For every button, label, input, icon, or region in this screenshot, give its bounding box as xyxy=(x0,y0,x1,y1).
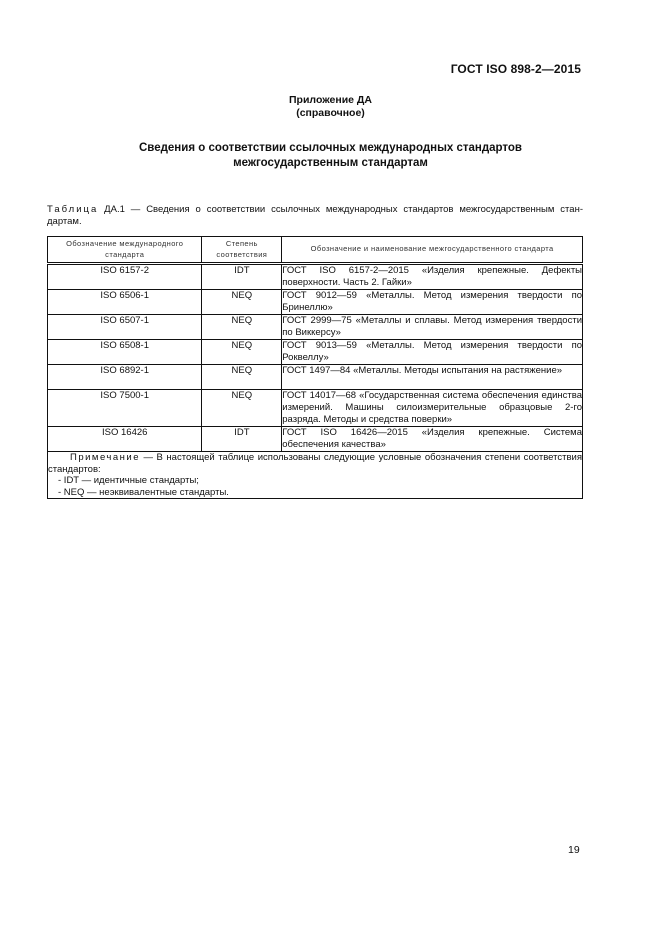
cell-intl: ISO 6892-1 xyxy=(48,365,202,390)
cell-degree: NEQ xyxy=(202,315,282,340)
standards-correspondence-table: Обозначение международного стандарта Сте… xyxy=(47,236,583,499)
table-header-row: Обозначение международного стандарта Сте… xyxy=(48,237,583,264)
table-note: Примечание — В настоящей таблице использ… xyxy=(48,452,583,499)
cell-national: ГОСТ 9013—59 «Металлы. Метод измерения т… xyxy=(282,340,583,365)
annex-subtitle: (справочное) xyxy=(0,107,661,120)
document-standard-id: ГОСТ ISO 898-2—2015 xyxy=(451,62,581,76)
cell-degree: NEQ xyxy=(202,365,282,390)
page-number: 19 xyxy=(568,844,580,856)
cell-degree: IDT xyxy=(202,427,282,452)
cell-intl: ISO 6508-1 xyxy=(48,340,202,365)
cell-intl: ISO 7500-1 xyxy=(48,390,202,427)
table-row: ISO 7500-1 NEQ ГОСТ 14017—68 «Государств… xyxy=(48,390,583,427)
cell-national: ГОСТ 1497—84 «Металлы. Методы испытания … xyxy=(282,365,583,390)
note-label: Примечание xyxy=(70,452,140,463)
cell-national: ГОСТ ISO 16426—2015 «Изделия крепежные. … xyxy=(282,427,583,452)
column-header-national: Обозначение и наименование межгосударств… xyxy=(282,237,583,264)
cell-intl: ISO 16426 xyxy=(48,427,202,452)
note-item-idt: - IDT — идентичные стандарты; xyxy=(48,475,582,487)
annex-title: Приложение ДА xyxy=(0,94,661,107)
cell-degree: NEQ xyxy=(202,390,282,427)
cell-national: ГОСТ 2999—75 «Металлы и сплавы. Метод из… xyxy=(282,315,583,340)
table-row: ISO 6157-2 IDT ГОСТ ISO 6157-2—2015 «Изд… xyxy=(48,264,583,290)
table-row: ISO 16426 IDT ГОСТ ISO 16426—2015 «Издел… xyxy=(48,427,583,452)
document-title-line-2: межгосударственным стандартам xyxy=(0,156,661,171)
cell-intl: ISO 6507-1 xyxy=(48,315,202,340)
column-header-degree: Степень соответствия xyxy=(202,237,282,264)
table-note-row: Примечание — В настоящей таблице использ… xyxy=(48,452,583,499)
table-row: ISO 6892-1 NEQ ГОСТ 1497—84 «Металлы. Ме… xyxy=(48,365,583,390)
table-caption-text: ДА.1 — Сведения о соответствии ссылочных… xyxy=(47,204,583,227)
cell-national: ГОСТ 9012—59 «Металлы. Метод измерения т… xyxy=(282,290,583,315)
document-title-line-1: Сведения о соответствии ссылочных междун… xyxy=(0,141,661,156)
cell-intl: ISO 6157-2 xyxy=(48,264,202,290)
cell-degree: NEQ xyxy=(202,290,282,315)
table-row: ISO 6508-1 NEQ ГОСТ 9013—59 «Металлы. Ме… xyxy=(48,340,583,365)
cell-intl: ISO 6506-1 xyxy=(48,290,202,315)
document-title: Сведения о соответствии ссылочных междун… xyxy=(0,141,661,170)
cell-national: ГОСТ 14017—68 «Государственная система о… xyxy=(282,390,583,427)
cell-national: ГОСТ ISO 6157-2—2015 «Изделия крепежные.… xyxy=(282,264,583,290)
note-item-neq: - NEQ — неэквивалентные стандарты. xyxy=(48,487,582,499)
annex-heading: Приложение ДА (справочное) xyxy=(0,94,661,120)
table-row: ISO 6506-1 NEQ ГОСТ 9012—59 «Металлы. Ме… xyxy=(48,290,583,315)
table-caption-label: Таблица xyxy=(47,204,98,215)
table-caption: Таблица ДА.1 — Сведения о соответствии с… xyxy=(47,204,583,228)
column-header-intl: Обозначение международного стандарта xyxy=(48,237,202,264)
cell-degree: NEQ xyxy=(202,340,282,365)
cell-degree: IDT xyxy=(202,264,282,290)
note-lead: Примечание — В настоящей таблице использ… xyxy=(48,452,582,475)
table-row: ISO 6507-1 NEQ ГОСТ 2999—75 «Металлы и с… xyxy=(48,315,583,340)
